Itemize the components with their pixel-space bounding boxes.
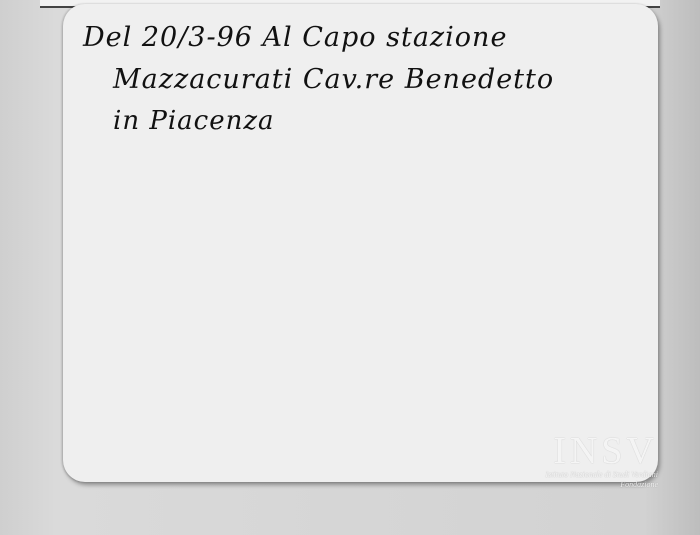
handwriting-line-2: Mazzacurati Cav.re Benedetto <box>113 64 554 95</box>
watermark-subtitle: Fondazione <box>513 480 658 490</box>
handwritten-card: Del 20/3-96 Al Capo stazione Mazzacurati… <box>63 4 658 482</box>
handwriting-line-1: Del 20/3-96 Al Capo stazione <box>83 22 507 53</box>
watermark-name: Istituto Nazionale di Studi Verdiani <box>513 470 658 480</box>
watermark-logo: INSV <box>513 432 658 470</box>
insv-watermark: INSV Istituto Nazionale di Studi Verdian… <box>513 432 658 490</box>
handwriting-line-3: in Piacenza <box>113 106 275 136</box>
